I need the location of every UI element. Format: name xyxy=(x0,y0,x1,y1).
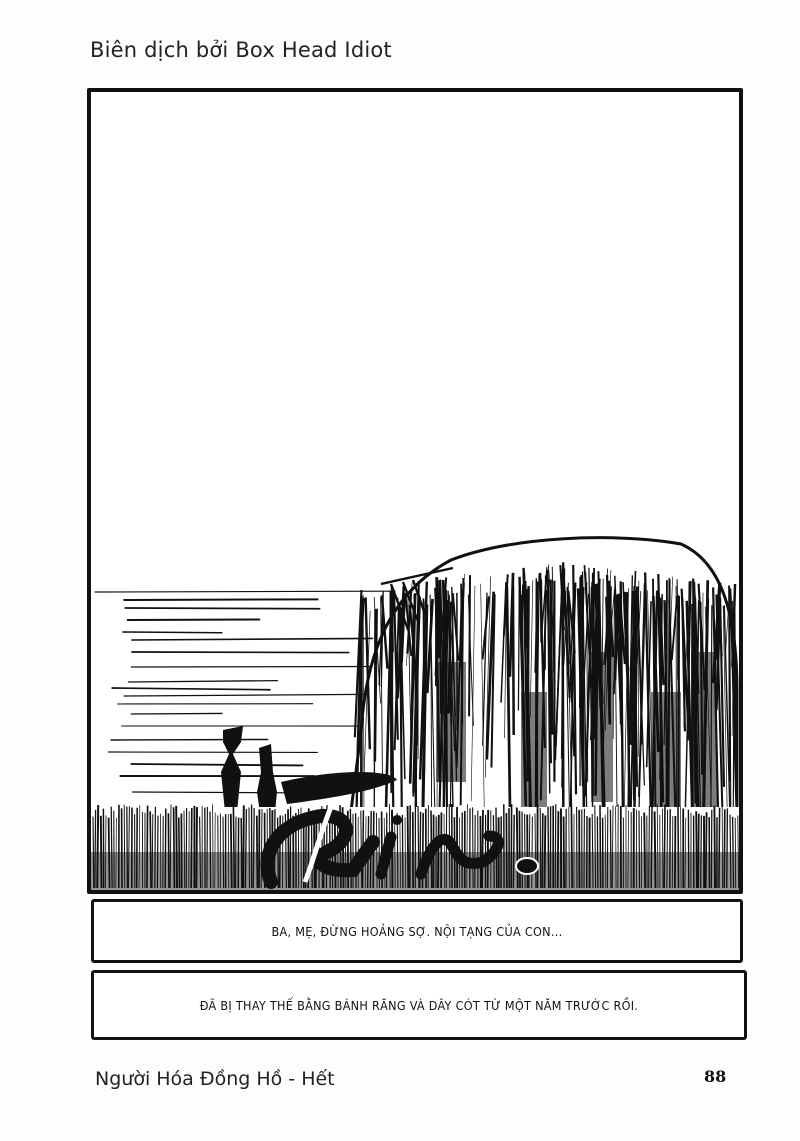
caption-text-2: ĐÃ BỊ THAY THẾ BẰNG BÁNH RĂNG VÀ DÂY CÓT… xyxy=(200,998,639,1013)
translator-credit: Biên dịch bởi Box Head Idiot xyxy=(90,38,392,62)
panel-illustration xyxy=(91,92,739,890)
caption-box-2: ĐÃ BỊ THAY THẾ BẰNG BÁNH RĂNG VÀ DÂY CÓT… xyxy=(91,970,747,1040)
comic-panel xyxy=(87,88,743,894)
page-number: 88 xyxy=(704,1067,726,1086)
chapter-end-title: Người Hóa Đồng Hồ - Hết xyxy=(95,1068,335,1090)
caption-text-1: BA, MẸ, ĐỪNG HOẢNG SỢ. NỘI TẠNG CỦA CON.… xyxy=(272,924,563,939)
caption-box-1: BA, MẸ, ĐỪNG HOẢNG SỢ. NỘI TẠNG CỦA CON.… xyxy=(91,899,743,963)
